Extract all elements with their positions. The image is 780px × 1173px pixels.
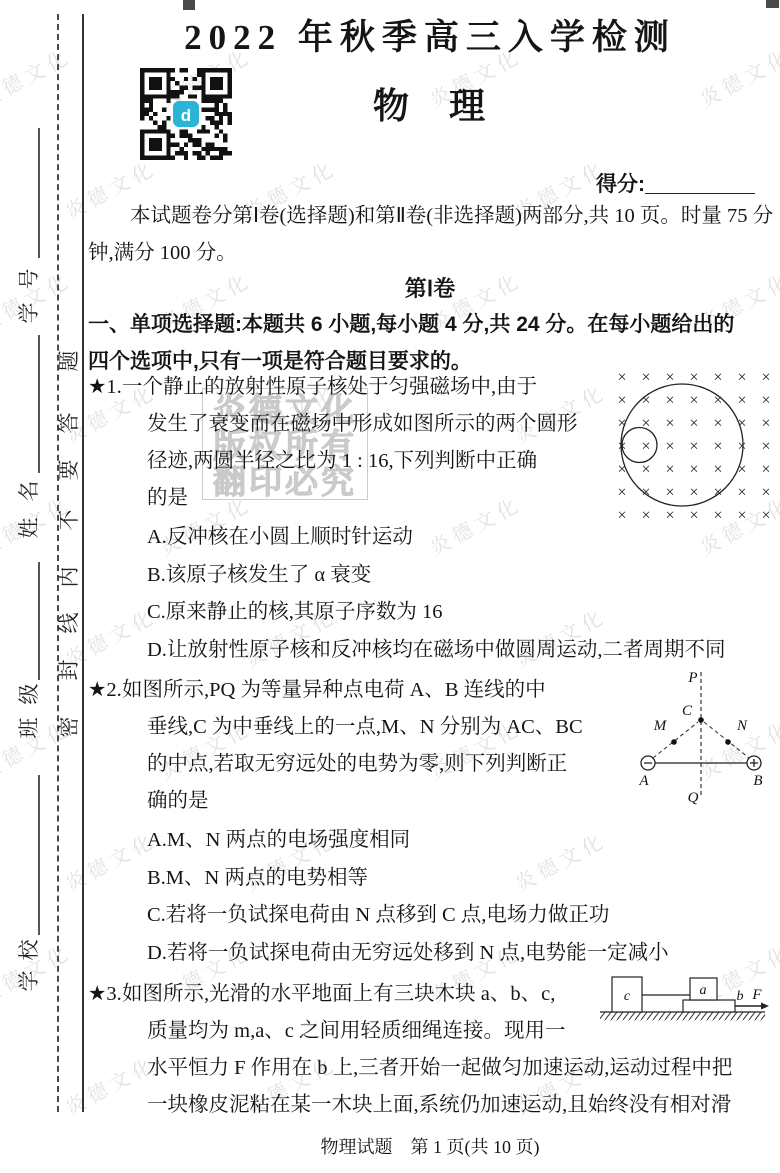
part1-heading: 第Ⅰ卷 [85, 272, 775, 303]
exam-page: 炎德文化炎德文化炎德文化炎德文化炎德文化炎德文化炎德文化炎德文化炎德文化炎德文化… [0, 0, 780, 1173]
field-into-page-symbol: × [665, 438, 674, 455]
qr-module [179, 129, 183, 133]
point-c-dot [698, 717, 704, 723]
qr-module [206, 142, 210, 146]
question-number: ★1. [88, 369, 122, 406]
ground-hatching [600, 1013, 765, 1021]
field-into-page-symbol: × [737, 369, 746, 386]
sidebar-field-char: 班 [16, 715, 42, 741]
field-into-page-symbol: × [665, 369, 674, 386]
question-2-options: A.M、N 两点的电场强度相同 B.M、N 两点的电势相等 C.若将一负试探电荷… [88, 822, 669, 972]
section-heading-line: 一、单项选择题:本题共 6 小题,每小题 4 分,共 24 分。在每小题给出的 [88, 306, 780, 343]
seal-text-char: 线 [56, 610, 82, 636]
qr-module [197, 156, 201, 160]
instructions-line: 钟,满分 100 分。 [88, 235, 778, 272]
question-text-line: 的是 [88, 480, 578, 517]
seal-dashed-line [57, 14, 59, 1112]
sidebar-field-char: 学 [16, 968, 42, 994]
question-text-line: 确的是 [88, 783, 583, 820]
qr-module [179, 151, 183, 155]
question-2: ★2.如图所示,PQ 为等量异种点电荷 A、B 连线的中 垂线,C 为中垂线上的… [88, 672, 583, 820]
qr-module [179, 68, 183, 72]
qr-module [206, 147, 210, 151]
label-p: P [687, 670, 697, 686]
question-text-line: 的中点,若取无穷远处的电势为零,则下列判断正 [88, 746, 583, 783]
field-into-page-symbol: × [689, 461, 698, 478]
field-into-page-symbol: × [761, 461, 770, 478]
qr-module [184, 156, 188, 160]
sidebar-field-char: 名 [16, 478, 42, 504]
field-into-page-symbol: × [665, 392, 674, 409]
seal-text-char: 不 [56, 507, 82, 533]
exam-instructions: 本试题卷分第Ⅰ卷(选择题)和第Ⅱ卷(非选择题)两部分,共 10 页。时量 75 … [88, 198, 778, 272]
watermark-text: 炎德文化 [0, 40, 76, 113]
field-into-page-symbol: × [641, 369, 650, 386]
qr-module [184, 134, 188, 138]
qr-module [179, 134, 183, 138]
qr-module [188, 134, 192, 138]
page-edge-mark [766, 0, 779, 8]
label-n: N [736, 718, 748, 734]
qr-module [223, 134, 227, 138]
qr-module [219, 147, 223, 151]
qr-module [171, 142, 175, 146]
field-into-page-symbol: × [689, 415, 698, 432]
sidebar-blank-line [38, 335, 40, 473]
qr-module [184, 68, 188, 72]
field-into-page-symbol: × [713, 461, 722, 478]
field-into-page-symbol: × [761, 438, 770, 455]
option-a: A.反冲核在小圆上顺时针运动 [88, 519, 726, 557]
qr-module [188, 138, 192, 142]
field-into-page-symbol: × [617, 369, 626, 386]
question-text-line: 一块橡皮泥粘在某一木块上面,系统仍加速运动,且始终没有相对滑 [88, 1087, 732, 1124]
field-into-page-symbol: × [737, 484, 746, 501]
field-into-page-symbol: × [713, 392, 722, 409]
field-into-page-symbol: × [761, 507, 770, 521]
question-text-line: 发生了衰变而在磁场中形成如图所示的两个圆形 [88, 406, 578, 443]
field-into-page-symbol: × [665, 507, 674, 521]
score-label: 得分: [596, 173, 645, 196]
question-number: ★2. [88, 672, 122, 709]
question-text-line: 水平恒力 F 作用在 b 上,三者开始一起做匀加速运动,运动过程中把 [88, 1050, 732, 1087]
sidebar-blank-line [38, 562, 40, 680]
qr-module [228, 151, 232, 155]
label-a: A [638, 773, 649, 789]
subject-title: 物 理 [85, 78, 775, 129]
label-c: c [624, 989, 631, 1004]
field-into-page-symbol: × [737, 392, 746, 409]
field-into-page-symbol: × [713, 507, 722, 521]
option-c: C.若将一负试探电荷由 N 点移到 C 点,电场力做正功 [88, 897, 669, 935]
point-m-dot [671, 739, 677, 745]
qr-module [179, 147, 183, 151]
field-into-page-symbol: × [641, 392, 650, 409]
seal-text-char: 题 [56, 348, 82, 374]
option-d: D.若将一负试探电荷由无穷远处移到 N 点,电势能一定减小 [88, 935, 669, 973]
seal-text-char: 密 [56, 714, 82, 740]
label-q: Q [688, 790, 699, 806]
field-into-page-symbol: × [713, 369, 722, 386]
exam-title: 2022 年秋季高三入学检测 [85, 10, 775, 60]
field-into-page-symbol: × [665, 484, 674, 501]
qr-module [206, 151, 210, 155]
question-text-line: 如图所示,光滑的水平地面上有三块木块 a、b、c, [122, 983, 555, 1005]
field-into-page-symbol: × [737, 461, 746, 478]
seal-text-char: 答 [56, 410, 82, 436]
point-n-dot [725, 739, 731, 745]
label-c: C [682, 703, 693, 719]
qr-module [201, 156, 205, 160]
seal-text-char: 要 [56, 457, 82, 483]
field-into-page-symbol: × [761, 392, 770, 409]
qr-module [197, 142, 201, 146]
question-text-line: 径迹,两圆半径之比为 1 : 16,下列判断中正确 [88, 443, 578, 480]
field-into-page-symbol: × [641, 461, 650, 478]
small-circle-path [622, 428, 657, 463]
qr-module [214, 134, 218, 138]
field-into-page-symbol: × [641, 438, 650, 455]
sidebar-field-char: 姓 [16, 515, 42, 541]
qr-module [175, 142, 179, 146]
qr-module [210, 142, 214, 146]
label-b: B [753, 773, 762, 789]
force-arrowhead [761, 1003, 769, 1010]
large-circle-path [621, 384, 743, 506]
field-into-page-symbol: × [617, 392, 626, 409]
qr-module [171, 134, 175, 138]
seal-solid-line [82, 14, 84, 1112]
qr-module [223, 147, 227, 151]
field-into-page-symbol: × [713, 415, 722, 432]
qr-module [210, 156, 214, 160]
qr-module [197, 138, 201, 142]
qr-module [214, 147, 218, 151]
question-1: ★1.一个静止的放射性原子核处于匀强磁场中,由于 发生了衰变而在磁场中形成如图所… [88, 369, 578, 517]
field-into-page-symbol: × [665, 461, 674, 478]
question-2-figure: P C M N A B Q [633, 664, 780, 806]
sidebar-blank-line [38, 775, 40, 935]
qr-module [171, 68, 175, 72]
qr-module [149, 138, 162, 151]
field-into-page-symbol: × [689, 369, 698, 386]
field-into-page-symbol: × [689, 438, 698, 455]
field-into-page-symbol: × [761, 484, 770, 501]
qr-module [219, 151, 223, 155]
qr-module [206, 129, 210, 133]
qr-module [201, 129, 205, 133]
qr-module [197, 68, 201, 72]
field-into-page-symbol: × [665, 415, 674, 432]
field-into-page-symbol: × [689, 507, 698, 521]
qr-module [175, 151, 179, 155]
question-number: ★3. [88, 976, 122, 1013]
field-into-page-symbol: × [617, 461, 626, 478]
seal-text-char: 内 [56, 564, 82, 590]
score-field: 得分: [596, 168, 755, 198]
page-edge-mark [183, 0, 195, 10]
field-into-page-symbol: × [641, 507, 650, 521]
field-into-page-symbol: × [737, 507, 746, 521]
qr-module [197, 129, 201, 133]
score-blank-line [645, 173, 755, 194]
qr-module [223, 138, 227, 142]
qr-module [201, 147, 205, 151]
field-into-page-symbol: × [617, 484, 626, 501]
question-3-figure: c a b F [593, 972, 780, 1030]
qr-module [197, 151, 201, 155]
page-footer: 物理试题 第 1 页(共 10 页) [85, 1133, 775, 1159]
option-b: B.M、N 两点的电势相等 [88, 860, 669, 898]
label-m: M [653, 718, 668, 734]
field-into-page-symbol: × [761, 369, 770, 386]
field-into-page-symbol: × [761, 415, 770, 432]
question-text-line: 一个静止的放射性原子核处于匀强磁场中,由于 [122, 376, 537, 398]
field-into-page-symbol: × [617, 507, 626, 521]
qr-module [219, 156, 223, 160]
sidebar-field-char: 校 [16, 937, 42, 963]
qr-module [223, 151, 227, 155]
qr-module [219, 129, 223, 133]
qr-module [197, 72, 201, 76]
qr-module [171, 156, 175, 160]
field-into-page-symbol: × [689, 392, 698, 409]
label-a: a [700, 983, 707, 998]
question-text-line: 垂线,C 为中垂线上的一点,M、N 分别为 AC、BC [88, 709, 583, 746]
question-1-figure: ××××××××××××××××××××××××××××××××××××××××… [612, 366, 777, 521]
option-a: A.M、N 两点的电场强度相同 [88, 822, 669, 860]
field-into-page-symbol: × [689, 484, 698, 501]
label-b: b [737, 989, 744, 1004]
qr-module [184, 151, 188, 155]
block-b [683, 1000, 735, 1012]
field-into-page-symbol: × [713, 438, 722, 455]
sidebar-field-char: 号 [16, 266, 42, 292]
qr-module [184, 129, 188, 133]
question-text-line: 如图所示,PQ 为等量异种点电荷 A、B 连线的中 [122, 679, 546, 701]
option-d: D.让放射性原子核和反冲核均在磁场中做圆周运动,二者周期不同 [88, 632, 726, 670]
instructions-line: 本试题卷分第Ⅰ卷(选择题)和第Ⅱ卷(非选择题)两部分,共 10 页。时量 75 … [88, 198, 778, 235]
sidebar-field-char: 学 [16, 300, 42, 326]
sidebar-blank-line [38, 128, 40, 258]
option-c: C.原来静止的核,其原子序数为 16 [88, 594, 726, 632]
sidebar-field-char: 级 [16, 681, 42, 707]
seal-text-char: 封 [56, 657, 82, 683]
label-f: F [751, 987, 762, 1003]
qr-module [193, 142, 197, 146]
qr-module [184, 142, 188, 146]
qr-module [193, 151, 197, 155]
qr-module [193, 138, 197, 142]
qr-module [214, 156, 218, 160]
question-1-options: A.反冲核在小圆上顺时针运动 B.该原子核发生了 α 衰变 C.原来静止的核,其… [88, 519, 726, 669]
option-b: B.该原子核发生了 α 衰变 [88, 557, 726, 595]
qr-module [210, 147, 214, 151]
